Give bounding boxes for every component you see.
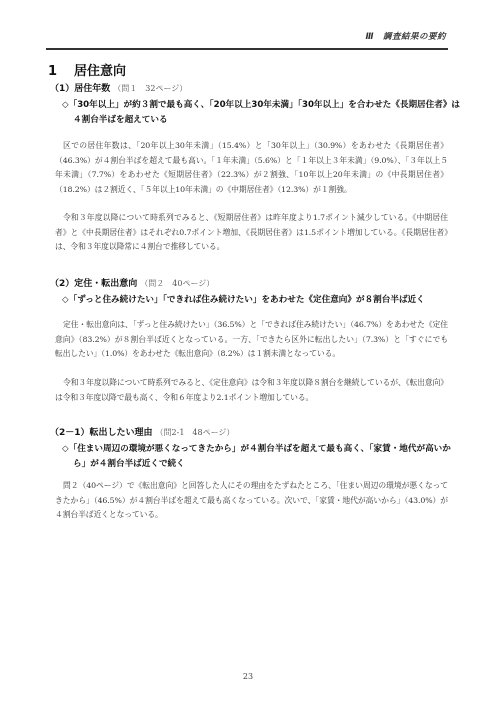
page-reference: （問２ 40ページ） [140, 279, 214, 288]
subsection-heading-residence-years: （1）居住年数（問１ 32ページ） [50, 81, 187, 94]
summary-point: ◇「30年以上」が約３割で最も高く、「20年以上30年未満」「30年以上」を合わ… [62, 98, 461, 128]
body-paragraph: 区での居住年数は、「20年以上30年未満」（15.4%）と「30年以上」（30.… [55, 139, 448, 197]
body-paragraph: 問２（40ページ）で《転出意向》と回答した人にその理由をたずねたところ、「住まい… [55, 479, 448, 523]
section-title: 1居住意向 [48, 60, 126, 79]
subsection-label: （2）定住・転出意向 [50, 279, 137, 289]
chapter-header: Ⅲ 調査結果の要約 [365, 30, 446, 42]
summary-point: ◇「住まい周辺の環境が悪くなってきたから」が４割台半ばを超えて最も高く、「家賃・… [62, 442, 461, 472]
subsection-label: （1）居住年数 [50, 84, 110, 94]
section-number: 1 [48, 64, 74, 79]
page-number: 23 [0, 672, 496, 681]
section-title-text: 居住意向 [74, 64, 126, 79]
body-paragraph: 定住・転出意向は、「ずっと住み続けたい」（36.5%）と「できれば住み続けたい」… [55, 318, 448, 362]
summary-point: ◇「ずっと住み続けたい」「できれば住み続けたい」をあわせた《定住意向》が８割台半… [62, 293, 461, 308]
body-paragraph: 令和３年度以降について時系列でみると、《定住意向》は令和３年度以降８割台を継続し… [55, 376, 448, 405]
page-reference: （問１ 32ページ） [113, 84, 187, 93]
subsection-heading-move-out-reasons: （2－1）転出したい理由（問2-1 48ページ） [50, 425, 234, 438]
header-rule [46, 48, 448, 50]
subsection-heading-settlement-intent: （2）定住・転出意向（問２ 40ページ） [50, 276, 214, 289]
body-paragraph: 令和３年度以降について時系列でみると、《短期居住者》は昨年度より1.7ポイント減… [55, 211, 448, 255]
page-reference: （問2-1 48ページ） [156, 428, 235, 437]
subsection-label: （2－1）転出したい理由 [50, 428, 153, 438]
